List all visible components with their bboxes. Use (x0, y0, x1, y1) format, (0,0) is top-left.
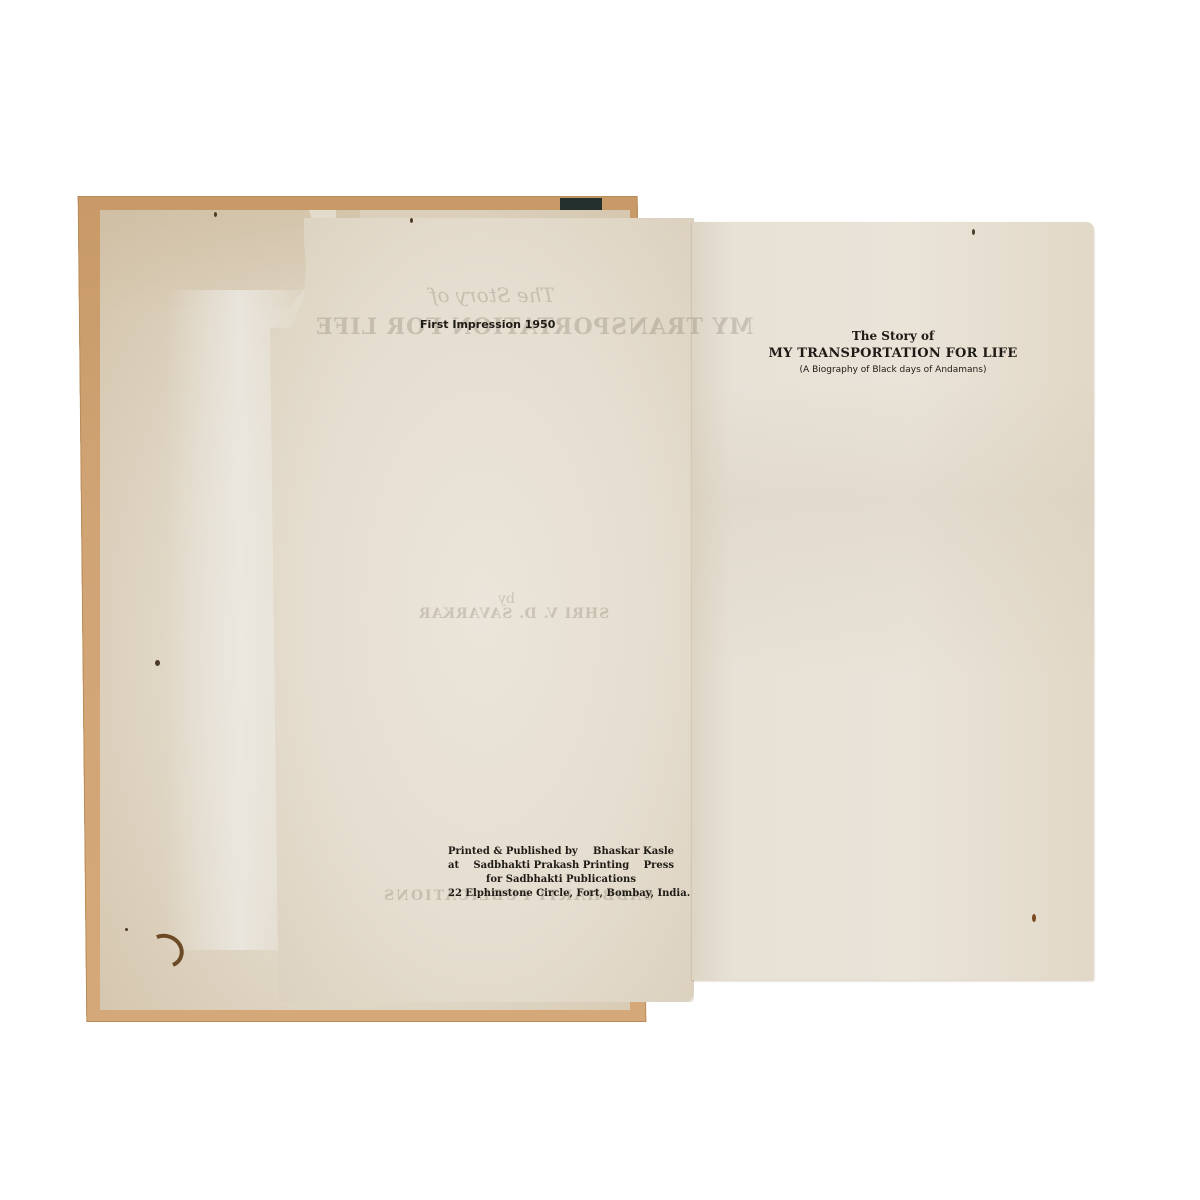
show-through-by: by (498, 591, 515, 607)
imprint-block: Printed & Published by Bhaskar Kasle at … (448, 845, 674, 901)
edition-note: First Impression 1950 (420, 318, 555, 331)
show-through-author: SHRI V. D. SAVARKAR (418, 606, 609, 622)
foxing-spot (155, 660, 160, 666)
title-prefix: The Story of (720, 327, 1066, 345)
imprint-printed-by: Printed & Published by (448, 845, 578, 859)
imprint-line-2: at Sadbhakti Prakash Printing Press (448, 859, 674, 873)
imprint-at: at (448, 859, 459, 873)
imprint-press: Press (644, 859, 674, 873)
imprint-address: 22 Elphinstone Circle, Fort, Bombay, Ind… (448, 887, 674, 901)
foxing-spot (410, 218, 413, 223)
foxing-spot (972, 229, 975, 235)
imprint-press-name: Sadbhakti Prakash Printing (473, 859, 629, 873)
page-wave-shading (692, 380, 1094, 680)
foxing-spot (125, 928, 128, 931)
book-title: MY TRANSPORTATION FOR LIFE (720, 345, 1066, 363)
book-subtitle: (A Biography of Black days of Andamans) (720, 363, 1066, 377)
foxing-spot (1032, 914, 1036, 922)
show-through-story-of: The Story of (430, 283, 555, 307)
imprint-publications: for Sadbhakti Publications (448, 873, 674, 887)
imprint-line-1: Printed & Published by Bhaskar Kasle (448, 845, 674, 859)
foxing-spot (214, 212, 217, 217)
title-block: The Story of MY TRANSPORTATION FOR LIFE … (720, 327, 1066, 377)
imprint-printer-name: Bhaskar Kasle (593, 845, 674, 859)
